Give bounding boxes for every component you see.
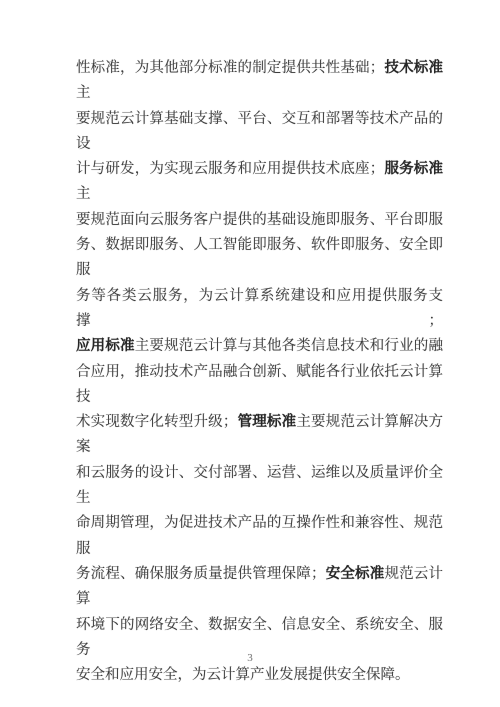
text-segment: 要规范面向云服务客户提供的基础设施即服务、平台即服 <box>76 212 443 228</box>
text-segment: 务、数据即服务、人工智能即服务、软件即服务、安全即服 <box>76 237 443 278</box>
text-segment: 性标准，为其他部分标准的制定提供共性基础； <box>76 60 384 76</box>
text-line: 要规范云计算基础支撑、平台、交互和部署等技术产品的设 <box>76 107 443 158</box>
page-footer: 3 <box>0 648 500 666</box>
bold-standard-term: 安全标准 <box>326 566 385 582</box>
text-line: 性标准，为其他部分标准的制定提供共性基础；技术标准主 <box>76 56 443 107</box>
text-segment: 务等各类云服务，为云计算系统建设和应用提供服务支撑； <box>76 288 443 329</box>
text-line: 安全和应用安全，为云计算产业发展提供安全保障。 <box>76 663 443 688</box>
text-segment: 合应用，推动技术产品融合创新、赋能各行业依托云计算技 <box>76 364 443 405</box>
text-line: 务、数据即服务、人工智能即服务、软件即服务、安全即服 <box>76 233 443 284</box>
text-segment: 术实现数字化转型升级； <box>76 414 237 430</box>
bold-standard-term: 管理标准 <box>237 414 296 430</box>
text-segment: 主 <box>76 85 91 101</box>
text-line: 和云服务的设计、交付部署、运营、运维以及质量评价全生 <box>76 461 443 512</box>
text-line: 术实现数字化转型升级；管理标准主要规范云计算解决方案 <box>76 410 443 461</box>
text-line: 命周期管理，为促进技术产品的互操作性和兼容性、规范服 <box>76 511 443 562</box>
text-segment: 命周期管理，为促进技术产品的互操作性和兼容性、规范服 <box>76 515 443 556</box>
text-line: 要规范面向云服务客户提供的基础设施即服务、平台即服 <box>76 208 443 233</box>
text-line: 应用标准主要规范云计算与其他各类信息技术和行业的融 <box>76 334 443 359</box>
text-segment: 计与研发，为实现云服务和应用提供技术底座； <box>76 161 384 177</box>
text-segment: 务流程、确保服务质量提供管理保障； <box>76 566 326 582</box>
text-segment: 主 <box>76 186 91 202</box>
text-line: 务等各类云服务，为云计算系统建设和应用提供服务支撑； <box>76 284 443 335</box>
text-line: 合应用，推动技术产品融合创新、赋能各行业依托云计算技 <box>76 360 443 411</box>
bold-standard-term: 应用标准 <box>76 338 135 354</box>
page-number: 3 <box>247 652 253 664</box>
text-line: 计与研发，为实现云服务和应用提供技术底座；服务标准主 <box>76 157 443 208</box>
bold-standard-term: 技术标准 <box>384 60 443 76</box>
text-segment: 主要规范云计算与其他各类信息技术和行业的融 <box>135 338 443 354</box>
body-text: 性标准，为其他部分标准的制定提供共性基础；技术标准主要规范云计算基础支撑、平台、… <box>76 56 443 688</box>
text-segment: 要规范云计算基础支撑、平台、交互和部署等技术产品的设 <box>76 111 443 152</box>
document-page: 性标准，为其他部分标准的制定提供共性基础；技术标准主要规范云计算基础支撑、平台、… <box>0 0 500 707</box>
text-line: 务流程、确保服务质量提供管理保障；安全标准规范云计算 <box>76 562 443 613</box>
text-segment: 和云服务的设计、交付部署、运营、运维以及质量评价全生 <box>76 465 443 506</box>
text-segment: 安全和应用安全，为云计算产业发展提供安全保障。 <box>76 667 410 683</box>
bold-standard-term: 服务标准 <box>384 161 443 177</box>
